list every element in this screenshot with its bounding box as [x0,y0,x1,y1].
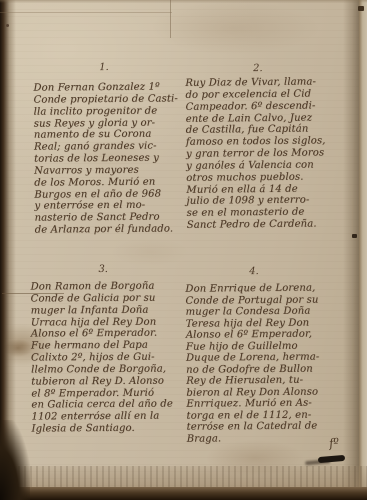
manuscript-line: de Arlanza por él fundado. [35,224,179,237]
top-horizontal-crease [0,12,172,13]
section-text: Don Ramon de Borgoña Conde de Galicia po… [31,281,174,436]
manuscript-line: Alonso el 6º Emperador, [186,329,320,342]
manuscript-line: lla inclito progenitor de [34,105,178,118]
manuscript-line: terróse en la Catedral de [187,421,321,434]
section-number: 2. [253,63,263,74]
manuscript-line: Rey de Hierusalen, tu- [186,375,320,388]
manuscript-line: Alonso el 6º Emperador. [31,328,173,341]
bottom-shadow [0,487,367,500]
manuscript-line: Conde de Galicia por su [31,292,173,305]
manuscript-line: Don Fernan Gonzalez 1º [33,81,177,94]
section-text: Don Fernan Gonzalez 1º Conde propietario… [33,81,179,236]
manuscript-line: do por excelencia el Cid [185,88,325,101]
bottom-left-dark-corner [0,420,30,500]
manuscript-line: Enrriquez. Murió en As- [186,398,320,411]
entry-2-ruy-diaz-de-vivar: 2. Ruy Diaz de Vivar, llama- do por exce… [185,60,347,242]
manuscript-line: Duque de Lorena, herma- [186,352,320,365]
manuscript-line: Conde propietario de Casti- [33,93,177,106]
manuscript-line: julio de 1098 y enterro- [186,195,326,208]
section-text: Ruy Diaz de Vivar, llama- do por excelen… [185,76,326,231]
manuscript-line: Fue hermano del Papa [31,340,173,353]
manuscript-line: torias de los Leoneses y [34,152,178,165]
right-page-edge [359,0,367,500]
section-number: 3. [98,264,108,275]
section-number: 4. [249,266,259,277]
manuscript-line: Don Enrrique de Lorena, [185,283,319,296]
ink-speck [352,234,357,238]
section-text: Don Enrrique de Lorena, Conde de Portuga… [185,283,320,445]
manuscript-line: llelmo Conde de Borgoña, [31,363,173,376]
manuscript-line: muger la Condesa Doña [186,306,320,319]
entry-1-fernan-gonzalez: 1. Don Fernan Gonzalez 1º Conde propieta… [33,61,187,242]
ink-smudge [318,455,345,463]
manuscript-line: y ganóles á Valencia con [186,159,326,172]
ink-speck [6,24,9,27]
manuscript-line: Calixto 2º, hijos de Gui- [31,352,173,365]
manuscript-line: 1102 enterróse allí en la [31,411,173,424]
manuscript-line: Iglesia de Santiago. [32,423,174,436]
manuscript-line: Don Ramon de Borgoña [31,281,173,294]
entry-3-ramon-de-borgona: 3. Don Ramon de Borgoña Conde de Galicia… [30,263,183,439]
entry-4-enrique-de-lorena: 4. Don Enrrique de Lorena, Conde de Port… [185,265,349,451]
section-number: 1. [99,62,109,73]
top-page-edge [0,0,367,3]
manuscript-line: Braga. [187,432,321,445]
ink-speck [358,6,364,11]
manuscript-page: 1. Don Fernan Gonzalez 1º Conde propieta… [0,0,367,500]
manuscript-line: muger la Infanta Doña [31,304,173,317]
manuscript-line: Campeador. 6º descendi- [185,100,325,113]
manuscript-line: tubieron al Rey D. Alonso [31,375,173,388]
manuscript-line: Urraca hija del Rey Don [31,316,173,329]
folio-mark: fº [328,436,340,451]
manuscript-line: Sanct Pedro de Cardeña. [187,218,327,231]
vertical-fold-crease [170,0,171,38]
